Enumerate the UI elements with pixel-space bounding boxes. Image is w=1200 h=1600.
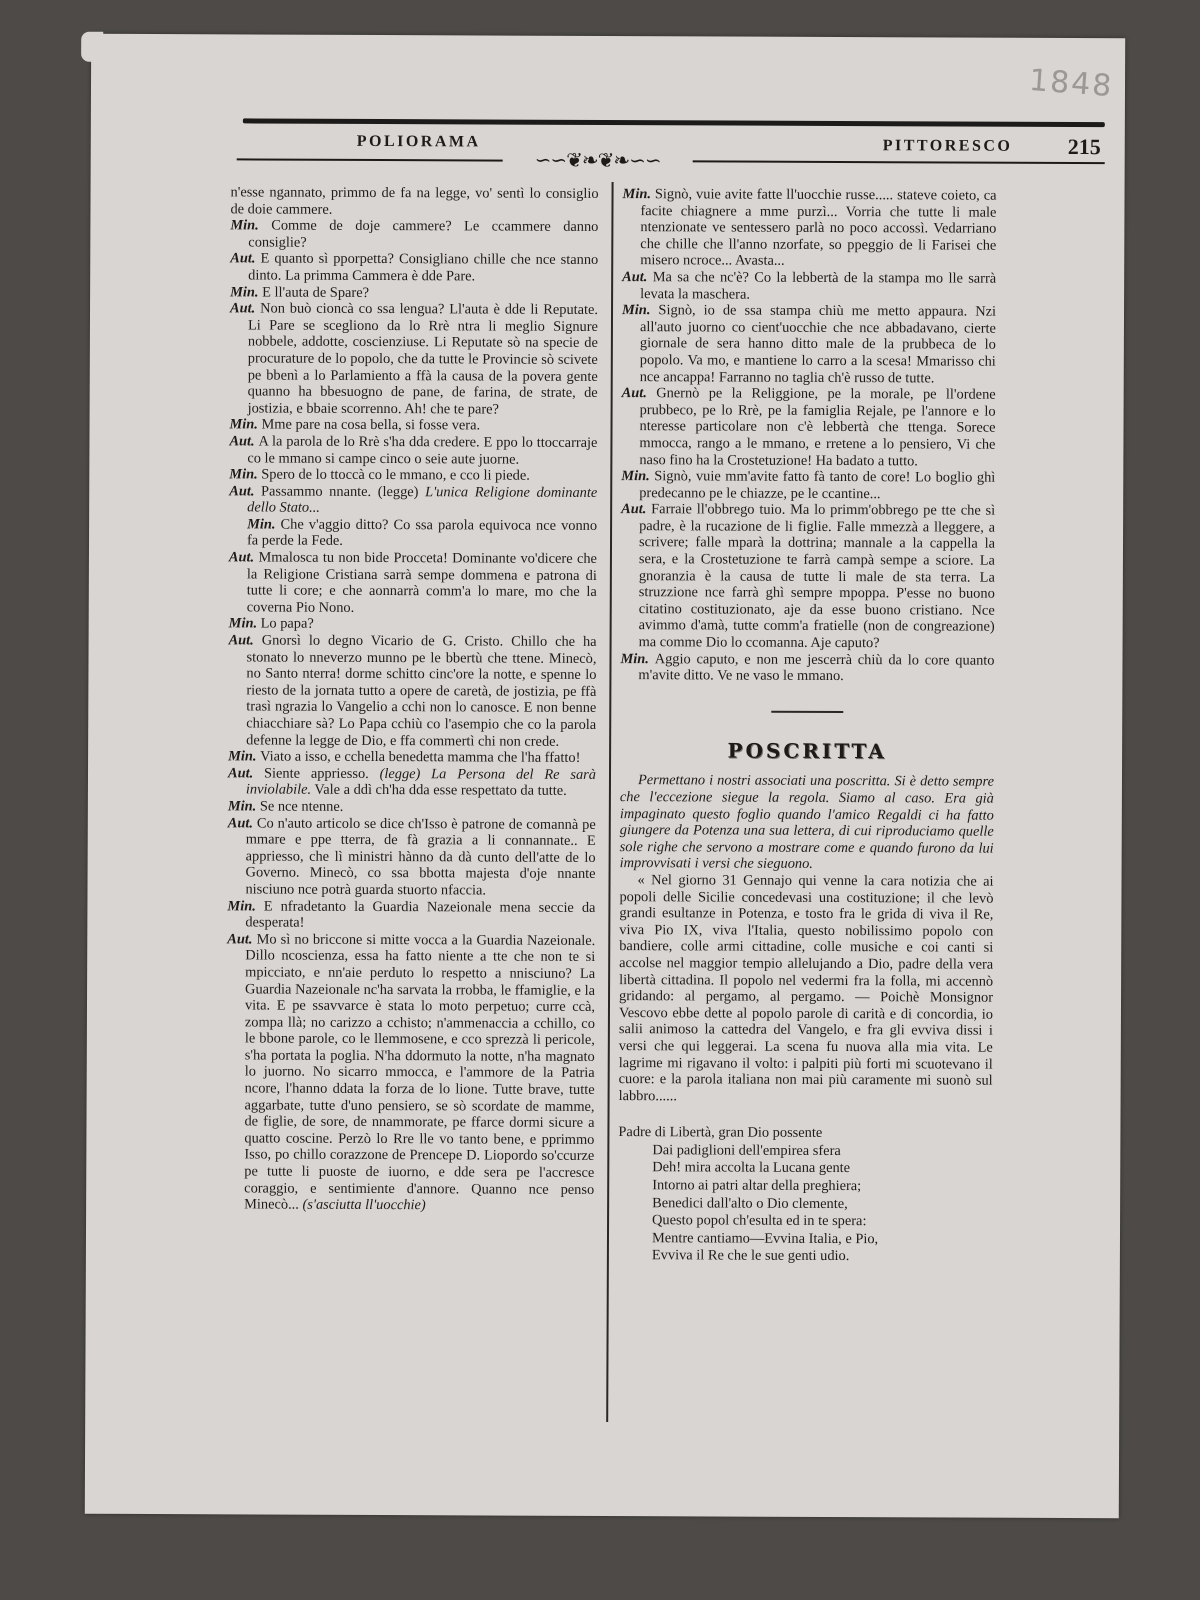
dialogue-paragraph: Min. Lo papa?: [229, 616, 597, 634]
dialogue-paragraph: Min. Aggio caputo, e non me jescerrà chi…: [620, 651, 994, 686]
dialogue-paragraph: Aut. Gnernò pe la Religgione, pe la mora…: [621, 385, 995, 470]
speaker-label: Min.: [620, 651, 654, 667]
dialogue-text: Aggio caputo, e non me jescerrà chiù da …: [638, 651, 994, 684]
dialogue-paragraph: Aut. Ma sa che nc'è? Co la lebbertà de l…: [622, 269, 996, 304]
speaker-label: Aut.: [230, 251, 260, 267]
dialogue-paragraph: Min. Che v'aggio ditto? Co ssa parola eq…: [229, 516, 597, 551]
speaker-label: Aut.: [621, 501, 651, 517]
dialogue-paragraph: Aut. Co n'auto articolo se dice ch'Isso …: [227, 815, 595, 900]
poem-line: Padre di Libertà, gran Dio possente: [618, 1124, 992, 1143]
header-rule-top: [243, 118, 1105, 127]
dialogue-text: Passammo nnante. (legge): [261, 483, 419, 500]
dialogue-paragraph: Aut. Passammo nnante. (legge) L'unica Re…: [229, 483, 597, 518]
dialogue-text: Mmalosca tu non bide Procceta! Dominante…: [247, 550, 597, 616]
dialogue-paragraph: Min. Spero de lo ttoccà co le mmano, e c…: [229, 466, 597, 484]
dialogue-paragraph: Aut. A la parola de lo Rrè s'ha dda cred…: [229, 433, 597, 468]
page-number: 215: [1068, 134, 1101, 160]
poem-line: Deh! mira accolta la Lucana gente: [618, 1160, 992, 1179]
dialogue-text: E ll'auta de Spare?: [262, 284, 369, 300]
dialogue-paragraph: Min. E nfradetanto la Guardia Nazeionale…: [227, 898, 595, 933]
dialogue-text: Lo papa?: [261, 616, 314, 632]
speaker-label: Min.: [229, 466, 261, 482]
speaker-label: Min.: [621, 468, 654, 484]
newspaper-page: 1848 POLIORAMA PITTORESCO 215 ∽∽❦❧❦❧∽∽ n…: [85, 34, 1125, 1518]
ornament-icon: ∽∽❦❧❦❧∽∽: [503, 148, 693, 175]
left-column: n'esse ngannato, primmo de fa na legge, …: [226, 184, 598, 1214]
speaker-label: Aut.: [229, 549, 259, 565]
postscript-letter: « Nel giorno 31 Gennajo qui venne la car…: [619, 872, 994, 1106]
dialogue-paragraph: Aut. Mmalosca tu non bide Procceta! Domi…: [229, 549, 597, 617]
dialogue-text: Signò, vuie mm'avite fatto fà tanto de c…: [639, 468, 995, 502]
dialogue-text: Comme de doje cammere? Le ccammere danno…: [248, 218, 598, 251]
speaker-label: Min.: [229, 616, 261, 632]
right-dialogue: Min. Signò, vuie avite fatte ll'uocchie …: [620, 186, 996, 685]
dialogue-text: Gnorsì lo degno Vicario de G. Cristo. Ch…: [246, 633, 597, 750]
right-column: Min. Signò, vuie avite fatte ll'uocchie …: [618, 186, 997, 1267]
dialogue-paragraph: Min. Se nce ntenne.: [228, 798, 596, 816]
speaker-label: Min.: [230, 284, 262, 300]
dialogue-text: Mo sì no briccone si mitte vocca a la Gu…: [244, 931, 595, 1213]
poem: Padre di Libertà, gran Dio possenteDai p…: [618, 1124, 993, 1266]
speaker-label: Min.: [230, 218, 271, 234]
dialogue-paragraph: Min. Signò, vuie avite fatte ll'uocchie …: [622, 186, 996, 271]
dialogue-text: Ma sa che nc'è? Co la lebbertà de la sta…: [640, 269, 996, 302]
poem-line: Questo popol ch'esulta ed in te spera:: [618, 1212, 992, 1231]
dialogue-text: n'esse ngannato, primmo de fa na legge, …: [230, 184, 598, 217]
dialogue-text: E nfradetanto la Guardia Nazeionale mena…: [245, 898, 595, 931]
dialogue-paragraph: Min. Mme pare na cosa bella, si fosse ve…: [229, 417, 597, 435]
dialogue-text: Spero de lo ttoccà co le mmano, e cco li…: [261, 467, 530, 484]
dialogue-text: Mme pare na cosa bella, si fosse vera.: [261, 417, 480, 434]
speaker-label: Aut.: [227, 931, 256, 947]
dialogue-paragraph: Min. Signò, io de ssa stampa chiù me met…: [622, 302, 996, 387]
speaker-label: Min.: [229, 417, 261, 433]
speaker-label: Aut.: [229, 632, 262, 648]
dialogue-text: Non buò cioncà co ssa lengua? Ll'auta è …: [248, 301, 599, 418]
speaker-label: Min.: [622, 302, 658, 318]
dialogue-text: Co n'auto articolo se dice ch'Isso è pat…: [245, 815, 595, 898]
dialogue-text: Signò, io de ssa stampa chiù me metto ap…: [640, 302, 996, 386]
dialogue-paragraph: Min. Comme de doje cammere? Le ccammere …: [230, 218, 598, 253]
dialogue-paragraph: Aut. Non buò cioncà co ssa lengua? Ll'au…: [230, 301, 599, 419]
dialogue-text: Se nce ntenne.: [260, 798, 344, 814]
speaker-label: Aut.: [228, 765, 264, 781]
dialogue-paragraph: Aut. Siente appriesso. (legge) La Person…: [228, 765, 596, 800]
speaker-label: Min.: [247, 516, 281, 532]
journal-title-right: PITTORESCO: [883, 137, 1013, 156]
dialogue-text: Viato a isso, e cchella benedetta mamma …: [260, 749, 580, 766]
postscript-intro: Permettano i nostri associati una poscri…: [620, 772, 994, 873]
section-separator: [771, 711, 843, 713]
poem-line: Evviva il Re che le sue genti udio.: [618, 1247, 992, 1266]
speaker-label: Aut.: [622, 385, 657, 401]
italic-quote: (s'asciutta ll'uocchie): [299, 1197, 426, 1214]
dialogue-paragraph: n'esse ngannato, primmo de fa na legge, …: [230, 184, 598, 219]
dialogue-text: Siente appriesso.: [264, 765, 369, 781]
dialogue-paragraph: Min. Signò, vuie mm'avite fatto fà tanto…: [621, 468, 995, 503]
dialogue-tail: Vale a ddì ch'ha dda esse respettato da …: [311, 782, 567, 799]
poem-line: Benedici dall'alto o Dio clemente,: [618, 1195, 992, 1214]
dialogue-paragraph: Min. Viato a isso, e cchella benedetta m…: [228, 749, 596, 767]
column-divider: [606, 182, 613, 1422]
speaker-label: Min.: [228, 798, 260, 814]
dialogue-paragraph: Aut. Farraie ll'obbrego tuio. Ma lo prim…: [621, 501, 996, 652]
dialogue-paragraph: Aut. E quanto sì pporpetta? Consigliano …: [230, 251, 598, 286]
speaker-label: Aut.: [230, 301, 260, 317]
dialogue-text: Farraie ll'obbrego tuio. Ma lo primm'obb…: [639, 501, 996, 651]
dialogue-text: Signò, vuie avite fatte ll'uocchie russe…: [640, 186, 996, 269]
dialogue-text: A la parola de lo Rrè s'ha dda credere. …: [247, 433, 597, 467]
speaker-label: Aut.: [228, 815, 257, 831]
postscript-title: POSCRITTA: [620, 742, 994, 760]
dialogue-paragraph: Aut. Gnorsì lo degno Vicario de G. Crist…: [228, 632, 597, 750]
speaker-label: Min.: [227, 898, 263, 914]
poem-line: Intorno ai patri altar della preghiera;: [618, 1177, 992, 1196]
speaker-label: Min.: [623, 186, 655, 202]
speaker-label: Aut.: [229, 433, 258, 449]
dialogue-text: E quanto sì pporpetta? Consigliano chill…: [248, 251, 598, 285]
dialogue-paragraph: Min. E ll'auta de Spare?: [230, 284, 598, 302]
speaker-label: Min.: [228, 749, 260, 765]
speaker-label: Aut.: [622, 269, 653, 285]
poem-line: Mentre cantiamo—Evvina Italia, e Pio,: [618, 1230, 992, 1249]
speaker-label: Aut.: [229, 483, 261, 499]
dialogue-paragraph: Aut. Mo sì no briccone si mitte vocca a …: [226, 931, 595, 1215]
dialogue-text: Gnernò pe la Religgione, pe la morale, p…: [639, 385, 995, 469]
poem-line: Dai padiglioni dell'empirea sfera: [618, 1142, 992, 1161]
dialogue-text: Che v'aggio ditto? Co ssa parola equivoc…: [247, 516, 597, 549]
journal-title-left: POLIORAMA: [357, 133, 481, 152]
pencil-year-note: 1848: [1028, 63, 1115, 104]
